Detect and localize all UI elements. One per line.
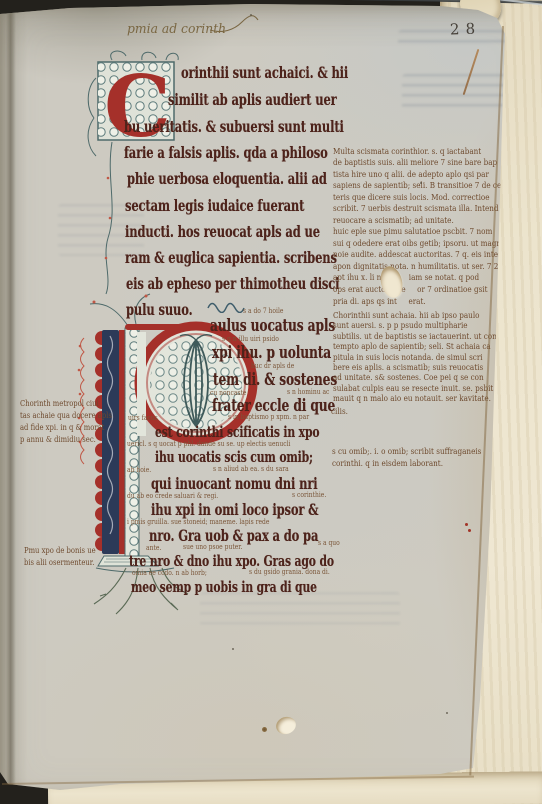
margin-gloss-line: corinthi. q in eisdem laborant.: [332, 459, 443, 469]
margin-gloss-line: bere eis aplis. a scismatib; suis reuoca…: [333, 363, 483, 373]
ink-speck: [232, 648, 234, 650]
margin-gloss-line: reuocare a scismatib; ad unitate.: [333, 216, 454, 226]
pen-flourish-icon: [208, 14, 260, 34]
margin-gloss-line: sui q odedere erat oibs getib; ipsoru. u…: [333, 239, 505, 249]
manuscript-photo: { "page": { "running_title": "pmia ad co…: [0, 0, 542, 804]
margin-gloss-line: ad unitate. s& sostenes. Coe pei q se co…: [333, 373, 484, 383]
margin-gloss-line: scribit. 7 uerbis destruit scismata illa…: [333, 204, 499, 214]
margin-gloss-line: tempto aplo de sapientib; seli. St achai…: [333, 342, 491, 352]
margin-gloss-line: sapiens de sapientib; seli. B transitioe…: [333, 181, 501, 191]
parchment-hole: [377, 264, 405, 300]
illuminated-initial-p-icon: [76, 288, 266, 618]
illuminated-initial-c-icon: C: [82, 48, 192, 298]
margin-gloss-line: huic eple sue pimu salutatioe pscbit. 7 …: [333, 227, 492, 237]
margin-gloss-line: s cu omib;. i. o omib; scribit suffragan…: [332, 447, 481, 457]
folio-number: 28: [450, 19, 482, 38]
margin-gloss-line: cilis.: [331, 407, 348, 417]
margin-gloss-line: pitula in suis locis notanda. de simul s…: [333, 353, 483, 363]
manuscript-page: pmia ad corinth 28 C: [0, 0, 542, 804]
ink-speck: [446, 712, 448, 714]
interlinear-gloss: s corinthie.: [292, 490, 326, 499]
interlinear-gloss: s a quo: [318, 538, 340, 547]
margin-gloss-line: Chorinthii sunt achaia. hii ab ipso paul…: [333, 311, 480, 321]
margin-gloss-line: subtilis. ut de baptistis se iactauerint…: [333, 332, 497, 342]
margin-gloss-line: teris que dicere suis locis. Mod. correc…: [333, 193, 490, 203]
interlinear-gloss: s n hominu ac: [287, 387, 329, 396]
margin-gloss-line: mauit q n malo aio eu notauit. ser kavit…: [333, 394, 491, 404]
prologue-line: similit ab aplis audiert uer: [168, 90, 337, 109]
margin-gloss-line: sulabat culpis eau se resecte inuit. se.…: [333, 384, 493, 394]
margin-gloss-line: pria di. aps qs int erat.: [333, 297, 426, 307]
margin-gloss-line: sunt auersi. s. p p psudo multipharie: [333, 321, 468, 331]
ink-speck: [420, 182, 422, 184]
parchment-pinhole: [262, 727, 267, 732]
margin-gloss-line: tista hire uno q alii. de adepto aplo qs…: [333, 170, 489, 180]
ink-speck: [250, 14, 252, 16]
parchment-hole-small: [274, 714, 298, 736]
binding-crease: [6, 10, 16, 788]
margin-gloss-line: apon dignitatis nota. n humilitatis. ut …: [333, 262, 501, 272]
line-filler-squiggle-icon: [207, 299, 249, 313]
margin-gloss-line: de baptistis suis. alii meliore 7 sine b…: [333, 158, 497, 168]
svg-text:C: C: [104, 57, 171, 156]
red-ink-dot: [468, 529, 471, 532]
red-ink-dot: [465, 523, 468, 526]
show-through-text: [402, 74, 514, 110]
margin-gloss-line: Multa scismata corinthior. s. q iactaban…: [333, 147, 481, 157]
margin-gloss-line: noie audite. addescat auctoritas. 7 q. e…: [333, 250, 512, 260]
margin-gloss-line: apt ihu x. li n ser iam se notat. q pod: [333, 273, 479, 283]
margin-gloss-line: ops erat auctoritate or 7 ordinatioe gsi…: [333, 285, 488, 295]
prologue-line: orinthii sunt achaici. & hii: [181, 63, 348, 82]
